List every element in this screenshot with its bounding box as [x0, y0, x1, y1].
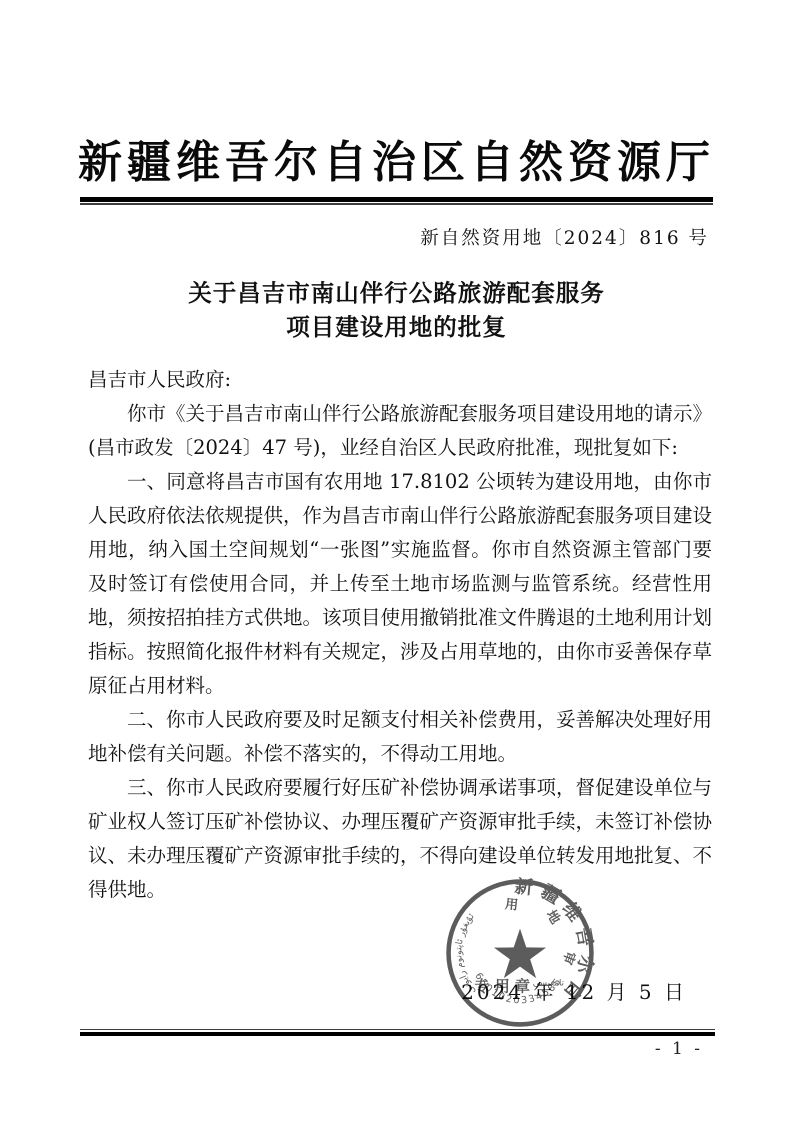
- header-divider-thin-line: [80, 203, 713, 205]
- paragraph-intro: 你市《关于昌吉市南山伴行公路旅游配套服务项目建设用地的请示》(昌市政发〔2024…: [88, 397, 712, 465]
- official-seal: 新疆维吾尔自治区 شىنجاڭ ئۇيغۇر ئاپتونوم رايونى 用…: [444, 877, 596, 1029]
- document-title-line2: 项目建设用地的批复: [0, 310, 793, 344]
- document-title-line1: 关于昌吉市南山伴行公路旅游配套服务: [0, 276, 793, 310]
- paragraph-item1: 一、同意将昌吉市国有农用地 17.8102 公顷转为建设用地，由你市人民政府依法…: [88, 465, 712, 703]
- footer-divider: [80, 1029, 715, 1036]
- header-divider: [80, 197, 713, 205]
- document-page: 新疆维吾尔自治区自然资源厅 新自然资用地〔2024〕816 号 关于昌吉市南山伴…: [0, 0, 793, 1122]
- seal-star-icon: [494, 929, 546, 978]
- footer-divider-thick-line: [80, 1032, 715, 1036]
- salutation: 昌吉市人民政府:: [88, 363, 712, 397]
- paragraph-item2: 二、你市人民政府要及时足额支付相关补偿费用，妥善解决处理好用地补偿有关问题。补偿…: [88, 703, 712, 771]
- agency-title: 新疆维吾尔自治区自然资源厅: [0, 126, 793, 190]
- page-number: - 1 -: [655, 1039, 703, 1059]
- footer-divider-thin-line: [80, 1029, 715, 1030]
- document-number: 新自然资用地〔2024〕816 号: [420, 224, 709, 250]
- header-divider-thick-line: [80, 197, 713, 202]
- paragraph-item3: 三、你市人民政府要履行好压矿补偿协调承诺事项，督促建设单位与矿业权人签订压矿补偿…: [88, 771, 712, 907]
- document-title: 关于昌吉市南山伴行公路旅游配套服务 项目建设用地的批复: [0, 276, 793, 344]
- document-body: 昌吉市人民政府: 你市《关于昌吉市南山伴行公路旅游配套服务项目建设用地的请示》(…: [88, 363, 712, 907]
